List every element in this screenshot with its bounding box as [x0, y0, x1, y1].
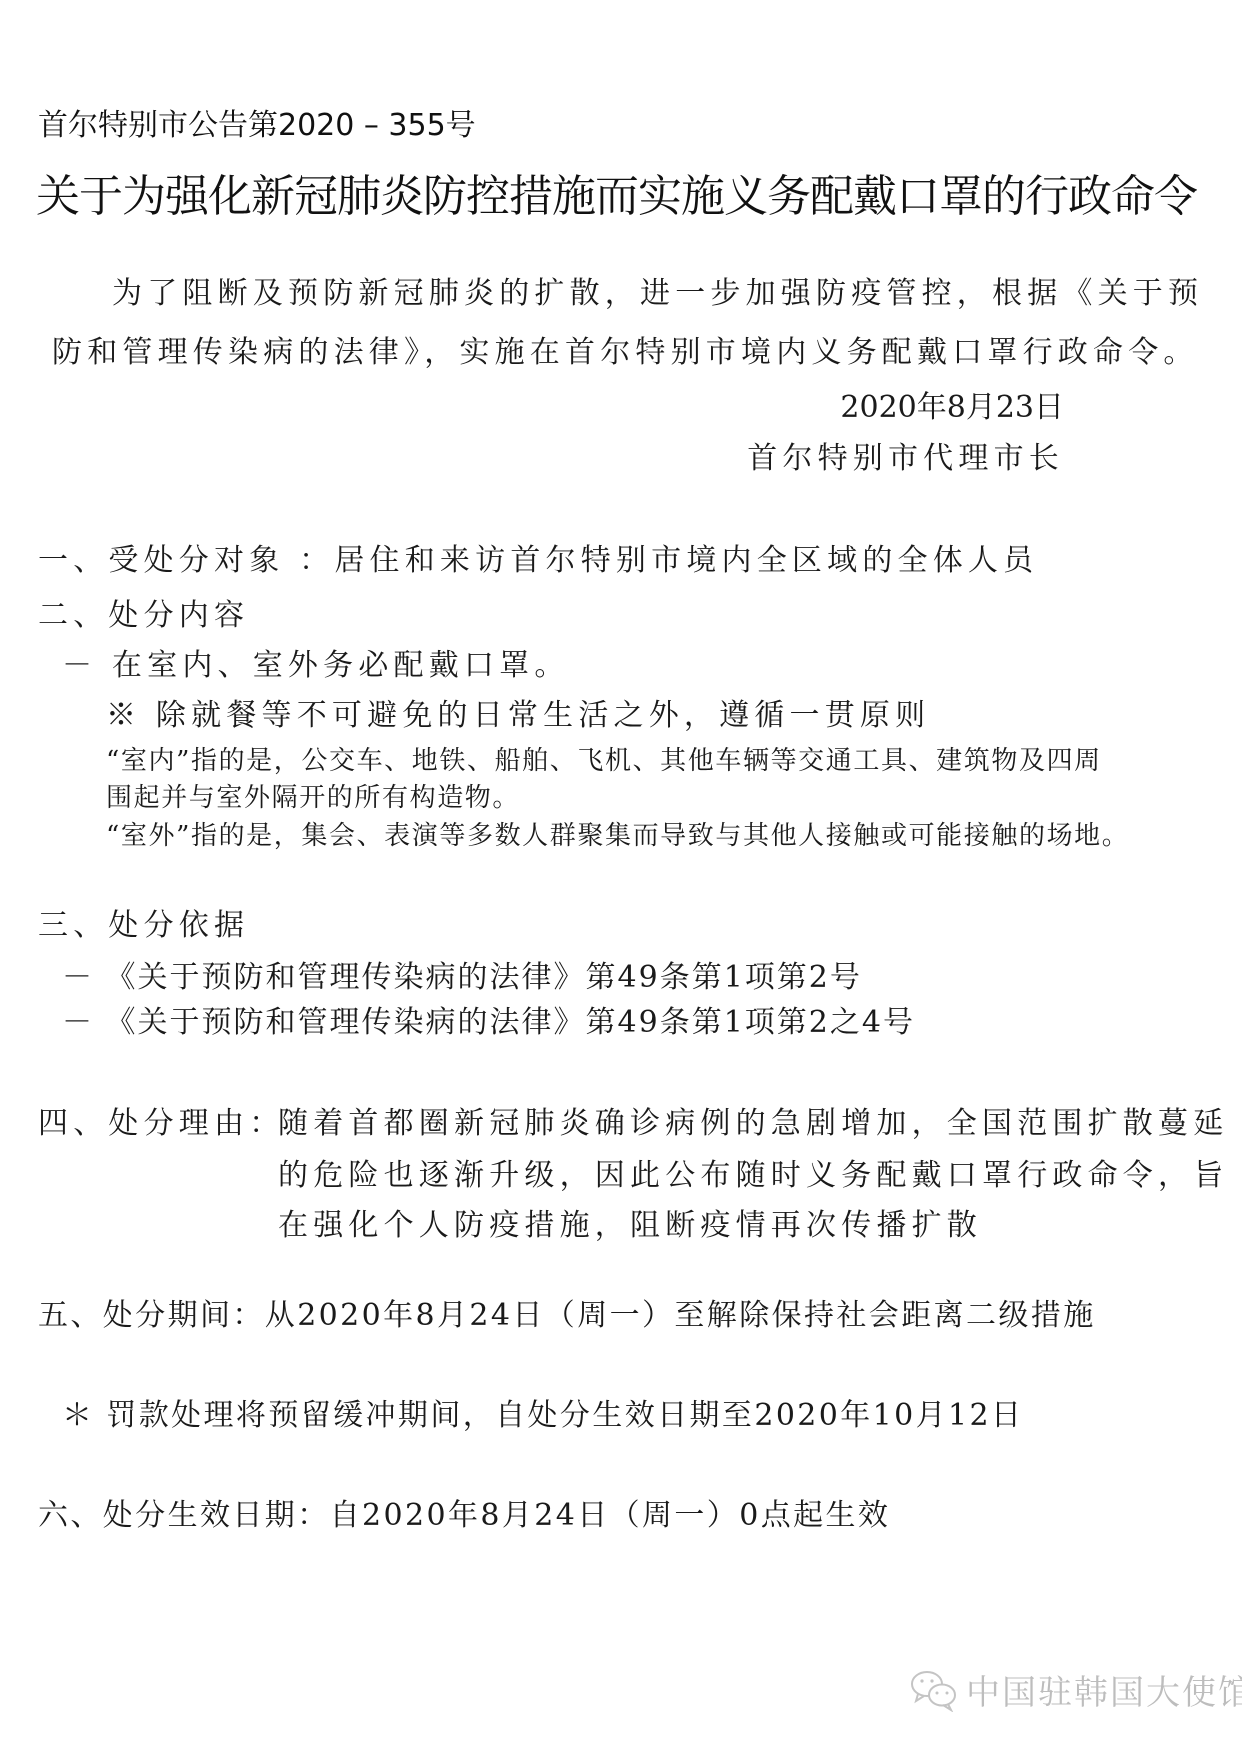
signatory: 首尔特别市代理市长 [747, 433, 1064, 477]
section-4-line-3: 在强化个人防疫措施，阻断疫情再次传播扩散 [278, 1200, 982, 1244]
section-2-heading: 二、处分内容 [38, 590, 249, 634]
issue-date: 2020年8月23日 [840, 382, 1064, 426]
notice-number: 首尔特别市公告第2020 – 355号 [38, 100, 476, 144]
section-4-line-2: 的危险也逐渐升级，因此公布随时义务配戴口罩行政命令，旨 [278, 1150, 1228, 1194]
section-5-footnote: ＊ 罚款处理将预留缓冲期间，自处分生效日期至2020年10月12日 [62, 1390, 1023, 1434]
section-2-note: ※ 除就餐等不可避免的日常生活之外，遵循一贯原则 [106, 690, 930, 734]
section-1-subject: 一、受处分对象 ：居住和来访首尔特别市境内全区域的全体人员 [38, 535, 1038, 579]
indoor-definition-line-2: 围起并与室外隔开的所有构造物。 [106, 777, 520, 814]
section-3-heading: 三、处分依据 [38, 900, 249, 944]
section-3-item-2: － 《关于预防和管理传染病的法律》第49条第1项第2之4号 [62, 997, 915, 1041]
outdoor-definition: “室外”指的是，集会、表演等多数人群聚集而导致与其他人接触或可能接触的场地。 [106, 815, 1129, 852]
section-4-line-1: 随着首都圈新冠肺炎确诊病例的急剧增加，全国范围扩散蔓延 [278, 1098, 1228, 1142]
section-6-effective-date: 六、处分生效日期：自2020年8月24日（周一）0点起生效 [38, 1490, 890, 1534]
section-4-label: 四、处分理由： [38, 1098, 284, 1142]
watermark: 中国驻韩国大使馆 [910, 1665, 1242, 1714]
intro-line-2: 防和管理传染病的法律》，实施在首尔特别市境内义务配戴口罩行政命令。 [52, 327, 1199, 371]
intro-line-1: 为了阻断及预防新冠肺炎的扩散，进一步加强防疫管控，根据《关于预 [112, 268, 1203, 312]
wechat-icon [910, 1668, 958, 1712]
section-3-item-1: － 《关于预防和管理传染病的法律》第49条第1项第2号 [62, 952, 862, 996]
indoor-definition-line-1: “室内”指的是，公交车、地铁、船舶、飞机、其他车辆等交通工具、建筑物及四周 [106, 740, 1102, 777]
section-2-item: － 在室内、室外务必配戴口罩。 [62, 640, 570, 684]
section-5-period: 五、处分期间：从2020年8月24日（周一）至解除保持社会距离二级措施 [38, 1290, 1096, 1334]
document-title: 关于为强化新冠肺炎防控措施而实施义务配戴口罩的行政命令 [36, 160, 1197, 224]
watermark-text: 中国驻韩国大使馆 [966, 1665, 1242, 1714]
